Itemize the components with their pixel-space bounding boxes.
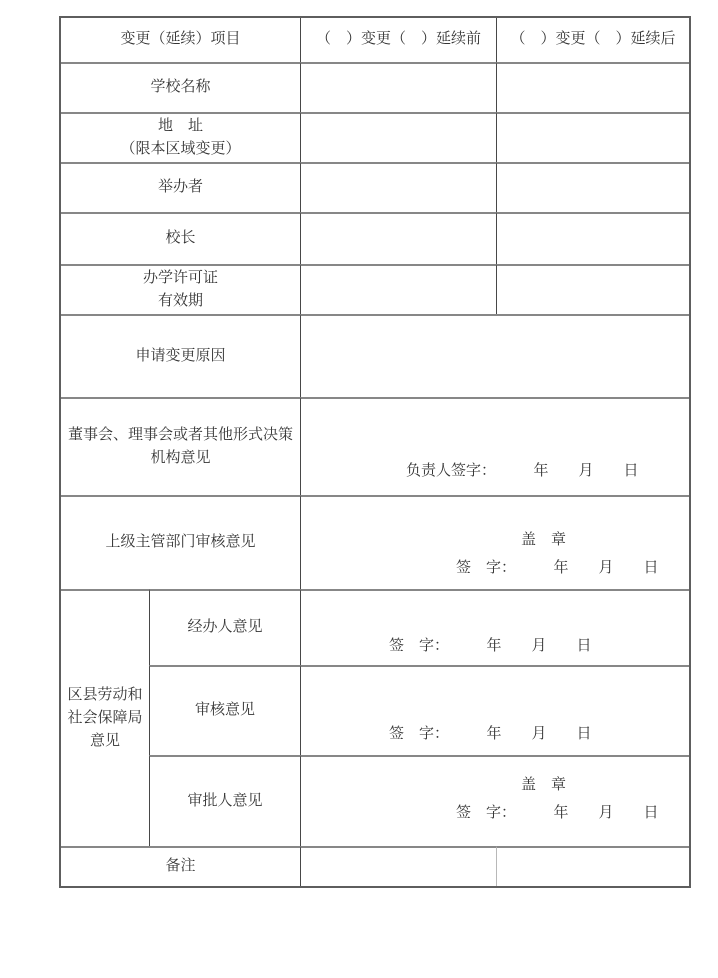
school-name-before-cell[interactable] [300, 62, 496, 112]
remark-label: 备注 [61, 846, 300, 886]
form-page: 变更（延续）项目 （ ）变更（ ）延续前 （ ）变更（ ）延续后 学校名称 地 … [0, 0, 718, 978]
principal-after-cell[interactable] [496, 212, 689, 264]
organizer-after-cell[interactable] [496, 162, 689, 212]
handler-opinion-cell[interactable]: 签 字： 年 月 日 [300, 589, 689, 665]
approver-stamp-line: 盖 章 [521, 774, 566, 797]
superior-stamp-line: 盖 章 [521, 529, 566, 552]
reason-input-cell[interactable] [300, 314, 689, 397]
header-item-label: 变更（延续）项目 [61, 18, 300, 62]
superior-opinion-cell[interactable]: 盖 章 签 字： 年 月 日 [300, 495, 689, 589]
superior-opinion-label: 上级主管部门审核意见 [61, 495, 300, 589]
board-sign-line: 负责人签字： 年 月 日 [406, 460, 639, 483]
address-before-cell[interactable] [300, 112, 496, 162]
license-validity-after-cell[interactable] [496, 264, 689, 314]
header-after-label: （ ）变更（ ）延续后 [496, 18, 689, 62]
principal-label: 校长 [61, 212, 300, 264]
handler-sign-line: 签 字： 年 月 日 [389, 635, 592, 658]
change-renewal-form-table: 变更（延续）项目 （ ）变更（ ）延续前 （ ）变更（ ）延续后 学校名称 地 … [59, 16, 691, 888]
school-name-label: 学校名称 [61, 62, 300, 112]
header-before-label: （ ）变更（ ）延续前 [300, 18, 496, 62]
board-opinion-cell[interactable]: 负责人签字： 年 月 日 [300, 397, 689, 495]
review-sign-line: 签 字： 年 月 日 [389, 723, 592, 746]
bureau-opinion-label: 区县劳动和 社会保障局 意见 [61, 589, 149, 846]
handler-opinion-label: 经办人意见 [149, 589, 300, 665]
superior-sign-line: 签 字： 年 月 日 [456, 557, 659, 580]
reason-label: 申请变更原因 [61, 314, 300, 397]
principal-before-cell[interactable] [300, 212, 496, 264]
school-name-after-cell[interactable] [496, 62, 689, 112]
board-opinion-label: 董事会、理事会或者其他形式决策 机构意见 [61, 397, 300, 495]
address-label: 地 址 （限本区域变更） [61, 112, 300, 162]
license-validity-label: 办学许可证 有效期 [61, 264, 300, 314]
address-after-cell[interactable] [496, 112, 689, 162]
review-opinion-label: 审核意见 [149, 665, 300, 755]
approver-opinion-cell[interactable]: 盖 章 签 字： 年 月 日 [300, 755, 689, 846]
organizer-before-cell[interactable] [300, 162, 496, 212]
license-validity-before-cell[interactable] [300, 264, 496, 314]
approver-sign-line: 签 字： 年 月 日 [456, 802, 659, 825]
approver-opinion-label: 审批人意见 [149, 755, 300, 846]
remark-input-cell[interactable] [300, 846, 496, 886]
review-opinion-cell[interactable]: 签 字： 年 月 日 [300, 665, 689, 755]
remark-after-cell[interactable] [496, 846, 689, 886]
organizer-label: 举办者 [61, 162, 300, 212]
